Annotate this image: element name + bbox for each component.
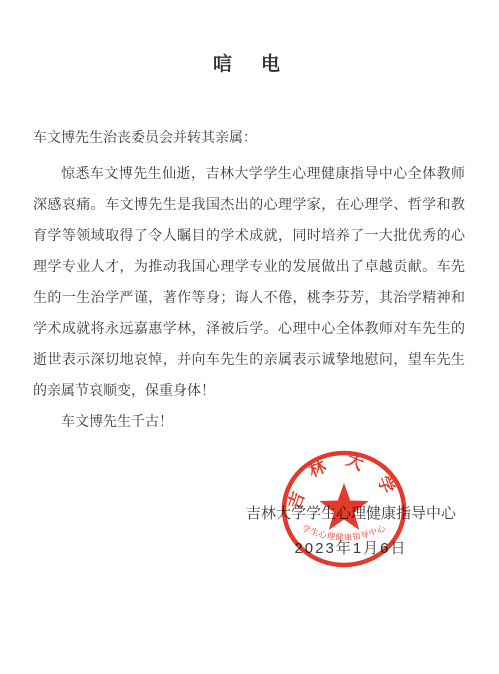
tribute-line: 车文博先生千古！ [33, 406, 465, 437]
body-paragraph: 惊悉车文博先生仙逝，吉林大学学生心理健康指导中心全体教师深感哀痛。车文博先生是我… [33, 158, 465, 406]
signature-block: 吉林大学学生心理健康指导中心 2023年1月6日 [33, 505, 465, 564]
signature-date: 2023年1月6日 [246, 540, 456, 558]
seal-university-name: 吉林大学 [284, 449, 405, 512]
document-title: 唁 电 [33, 52, 465, 77]
condolence-letter-page: 唁 电 车文博先生治丧委员会并转其亲属： 惊悉车文博先生仙逝，吉林大学学生心理健… [0, 0, 499, 674]
salutation-line: 车文博先生治丧委员会并转其亲属： [33, 122, 465, 153]
signature-organization: 吉林大学学生心理健康指导中心 [246, 505, 456, 523]
svg-text:吉林大学: 吉林大学 [284, 449, 405, 512]
signature-inner: 吉林大学学生心理健康指导中心 2023年1月6日 [246, 505, 456, 558]
